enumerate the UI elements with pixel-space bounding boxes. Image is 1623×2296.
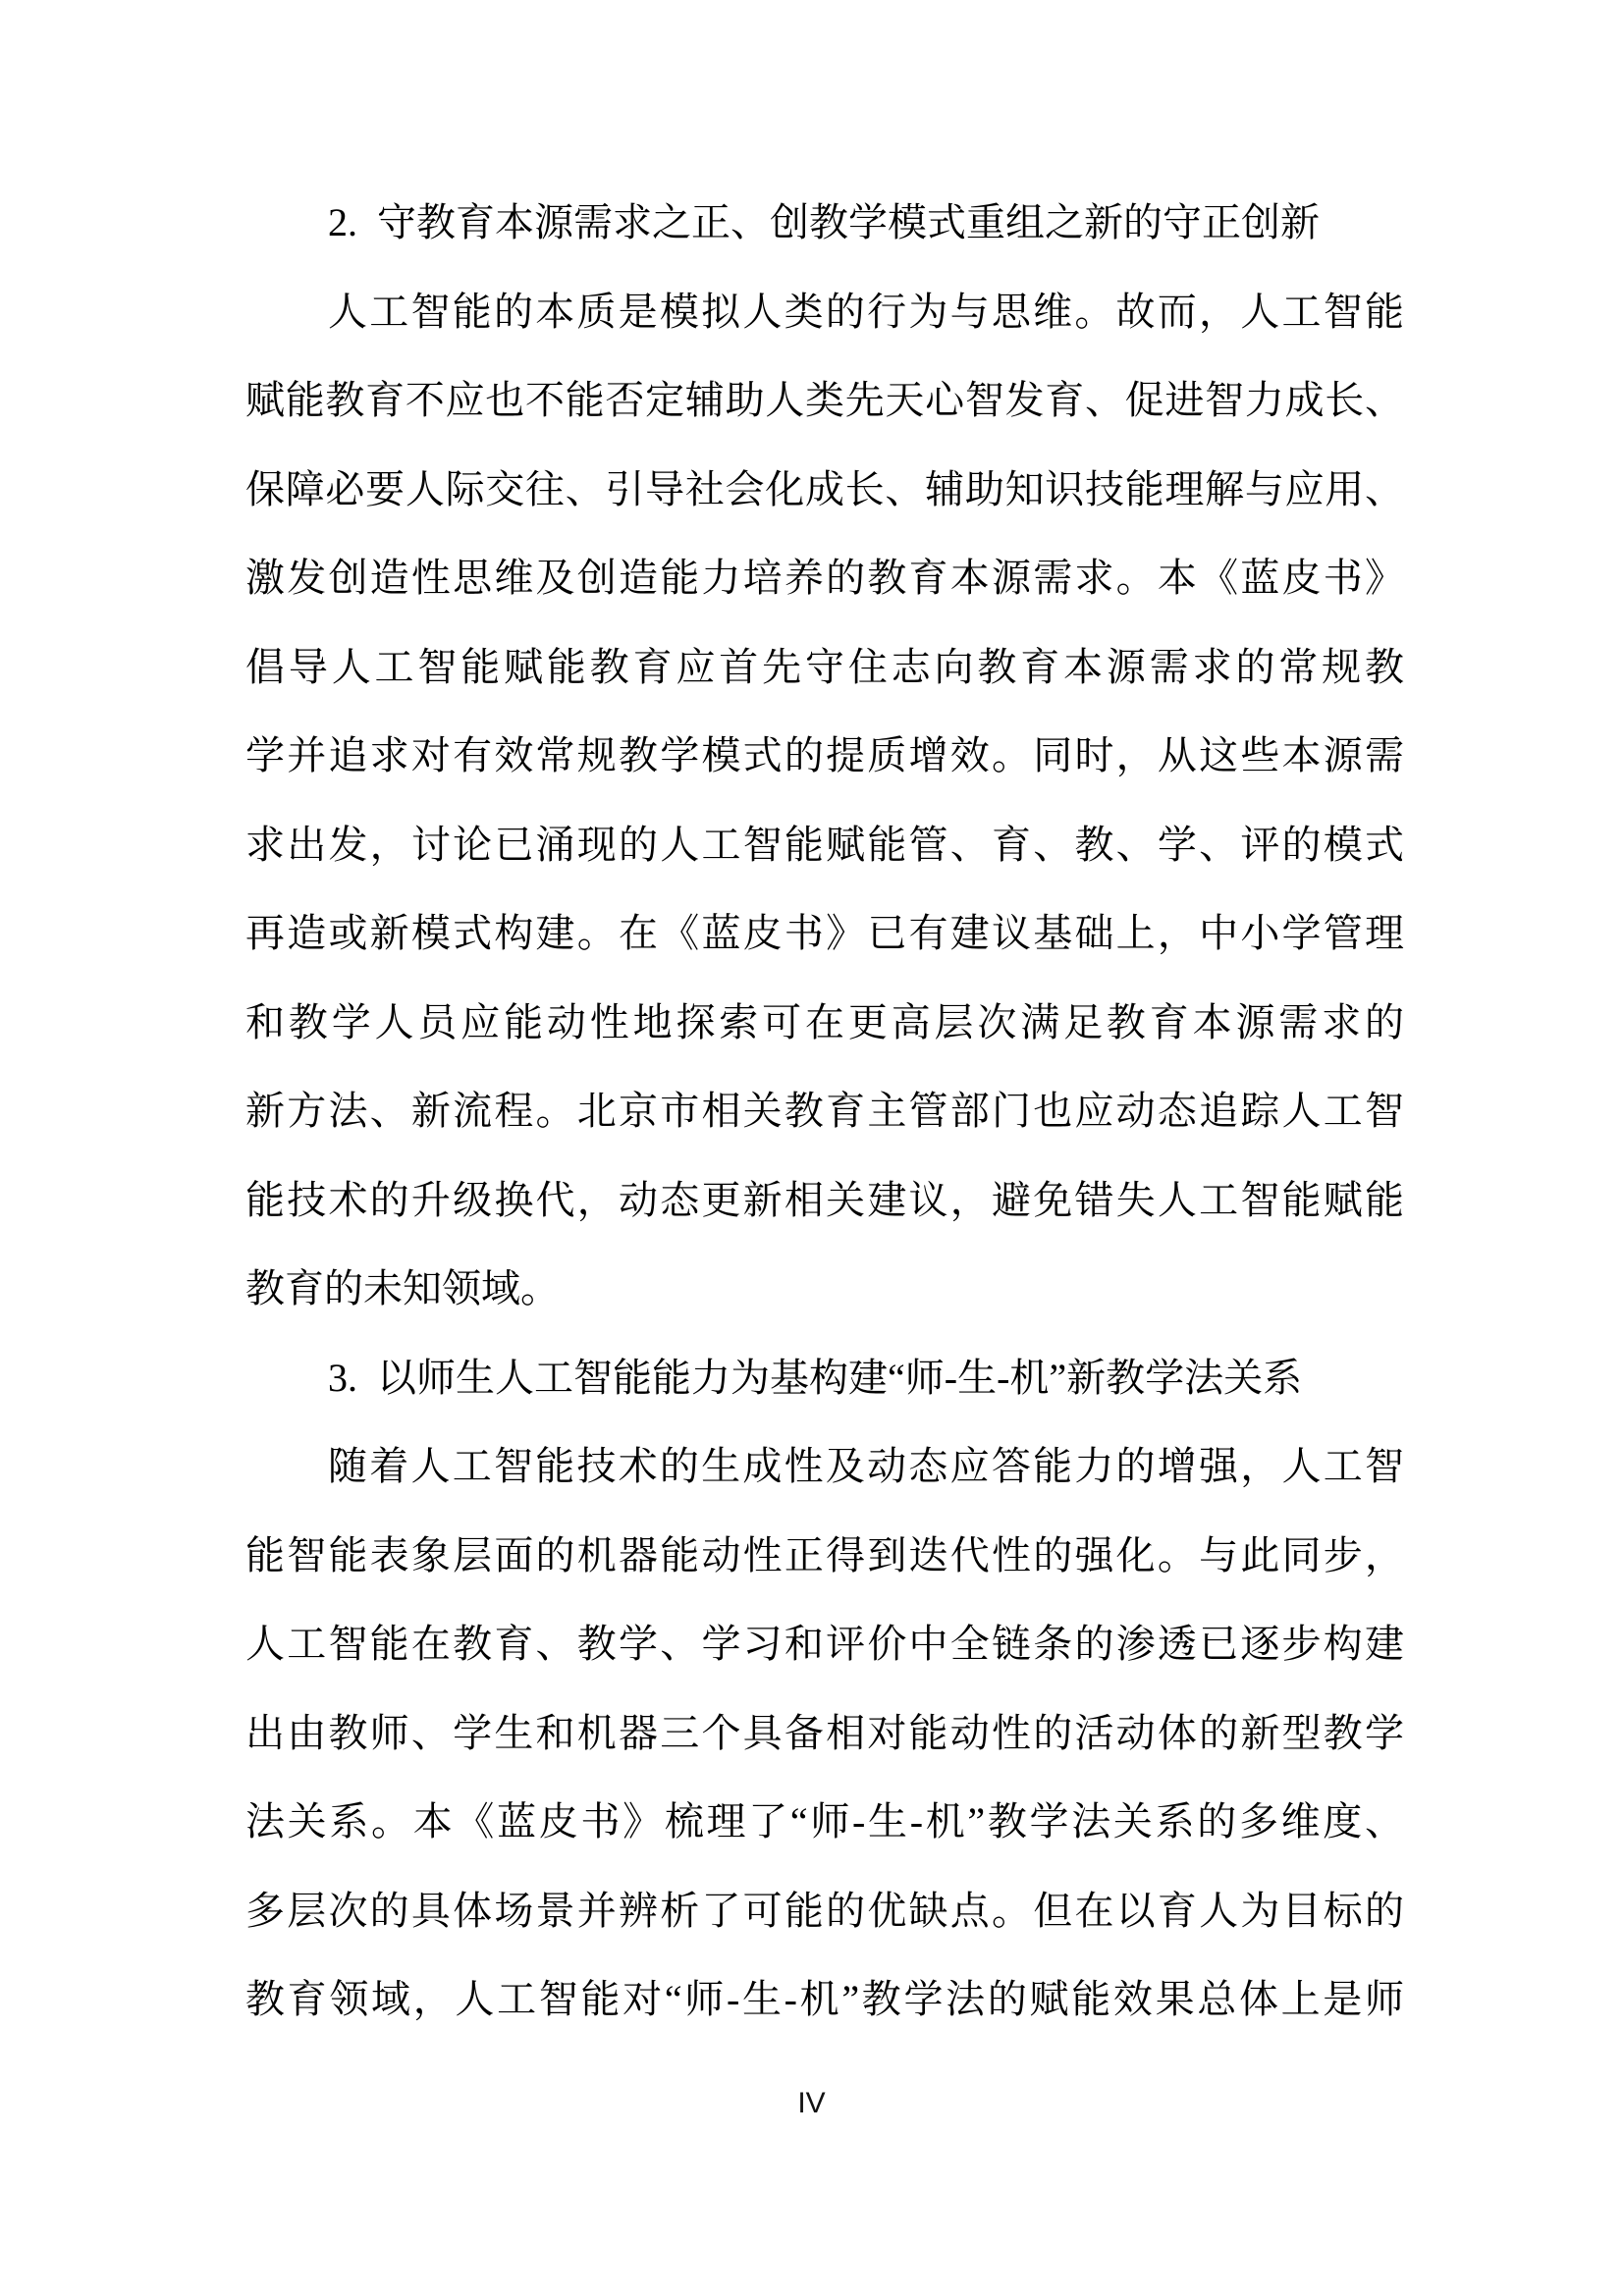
document-page: 2. 守教育本源需求之正、创教学模式重组之新的守正创新人工智能的本质是模拟人类的…: [0, 0, 1623, 2296]
text-line: 保障必要人际交往、引导社会化成长、辅助知识技能理解与应用、: [245, 446, 1404, 535]
text-line: 求出发，讨论已涌现的人工智能赋能管、育、教、学、评的模式: [245, 801, 1404, 890]
text-line: 和教学人员应能动性地探索可在更高层次满足教育本源需求的: [245, 979, 1404, 1068]
text-line: 学并追求对有效常规教学模式的提质增效。同时，从这些本源需: [245, 712, 1404, 801]
text-line: 新方法、新流程。北京市相关教育主管部门也应动态追踪人工智: [245, 1067, 1404, 1156]
text-line: 教育领域，人工智能对“师-生-机”教学法的赋能效果总体上是师: [245, 1955, 1404, 2045]
text-line: 3. 以师生人工智能能力为基构建“师-生-机”新教学法关系: [245, 1334, 1404, 1423]
text-line: 能智能表象层面的机器能动性正得到迭代性的强化。与此同步，: [245, 1512, 1404, 1601]
text-line: 法关系。本《蓝皮书》梳理了“师-生-机”教学法关系的多维度、: [245, 1778, 1404, 1867]
text-line: 激发创造性思维及创造能力培养的教育本源需求。本《蓝皮书》: [245, 534, 1404, 623]
text-line: 再造或新模式构建。在《蓝皮书》已有建议基础上，中小学管理: [245, 889, 1404, 979]
body-text: 2. 守教育本源需求之正、创教学模式重组之新的守正创新人工智能的本质是模拟人类的…: [245, 179, 1404, 2045]
text-line: 随着人工智能技术的生成性及动态应答能力的增强，人工智: [245, 1422, 1404, 1512]
page-number: IV: [0, 2087, 1623, 2120]
text-line: 人工智能的本质是模拟人类的行为与思维。故而，人工智能: [245, 268, 1404, 357]
text-line: 多层次的具体场景并辨析了可能的优缺点。但在以育人为目标的: [245, 1867, 1404, 1956]
text-line: 能技术的升级换代，动态更新相关建议，避免错失人工智能赋能: [245, 1156, 1404, 1246]
text-line: 2. 守教育本源需求之正、创教学模式重组之新的守正创新: [245, 179, 1404, 268]
text-line: 教育的未知领域。: [245, 1245, 1404, 1334]
text-line: 人工智能在教育、教学、学习和评价中全链条的渗透已逐步构建: [245, 1600, 1404, 1689]
text-line: 倡导人工智能赋能教育应首先守住志向教育本源需求的常规教: [245, 623, 1404, 713]
text-line: 赋能教育不应也不能否定辅助人类先天心智发育、促进智力成长、: [245, 356, 1404, 446]
text-line: 出由教师、学生和机器三个具备相对能动性的活动体的新型教学: [245, 1689, 1404, 1779]
